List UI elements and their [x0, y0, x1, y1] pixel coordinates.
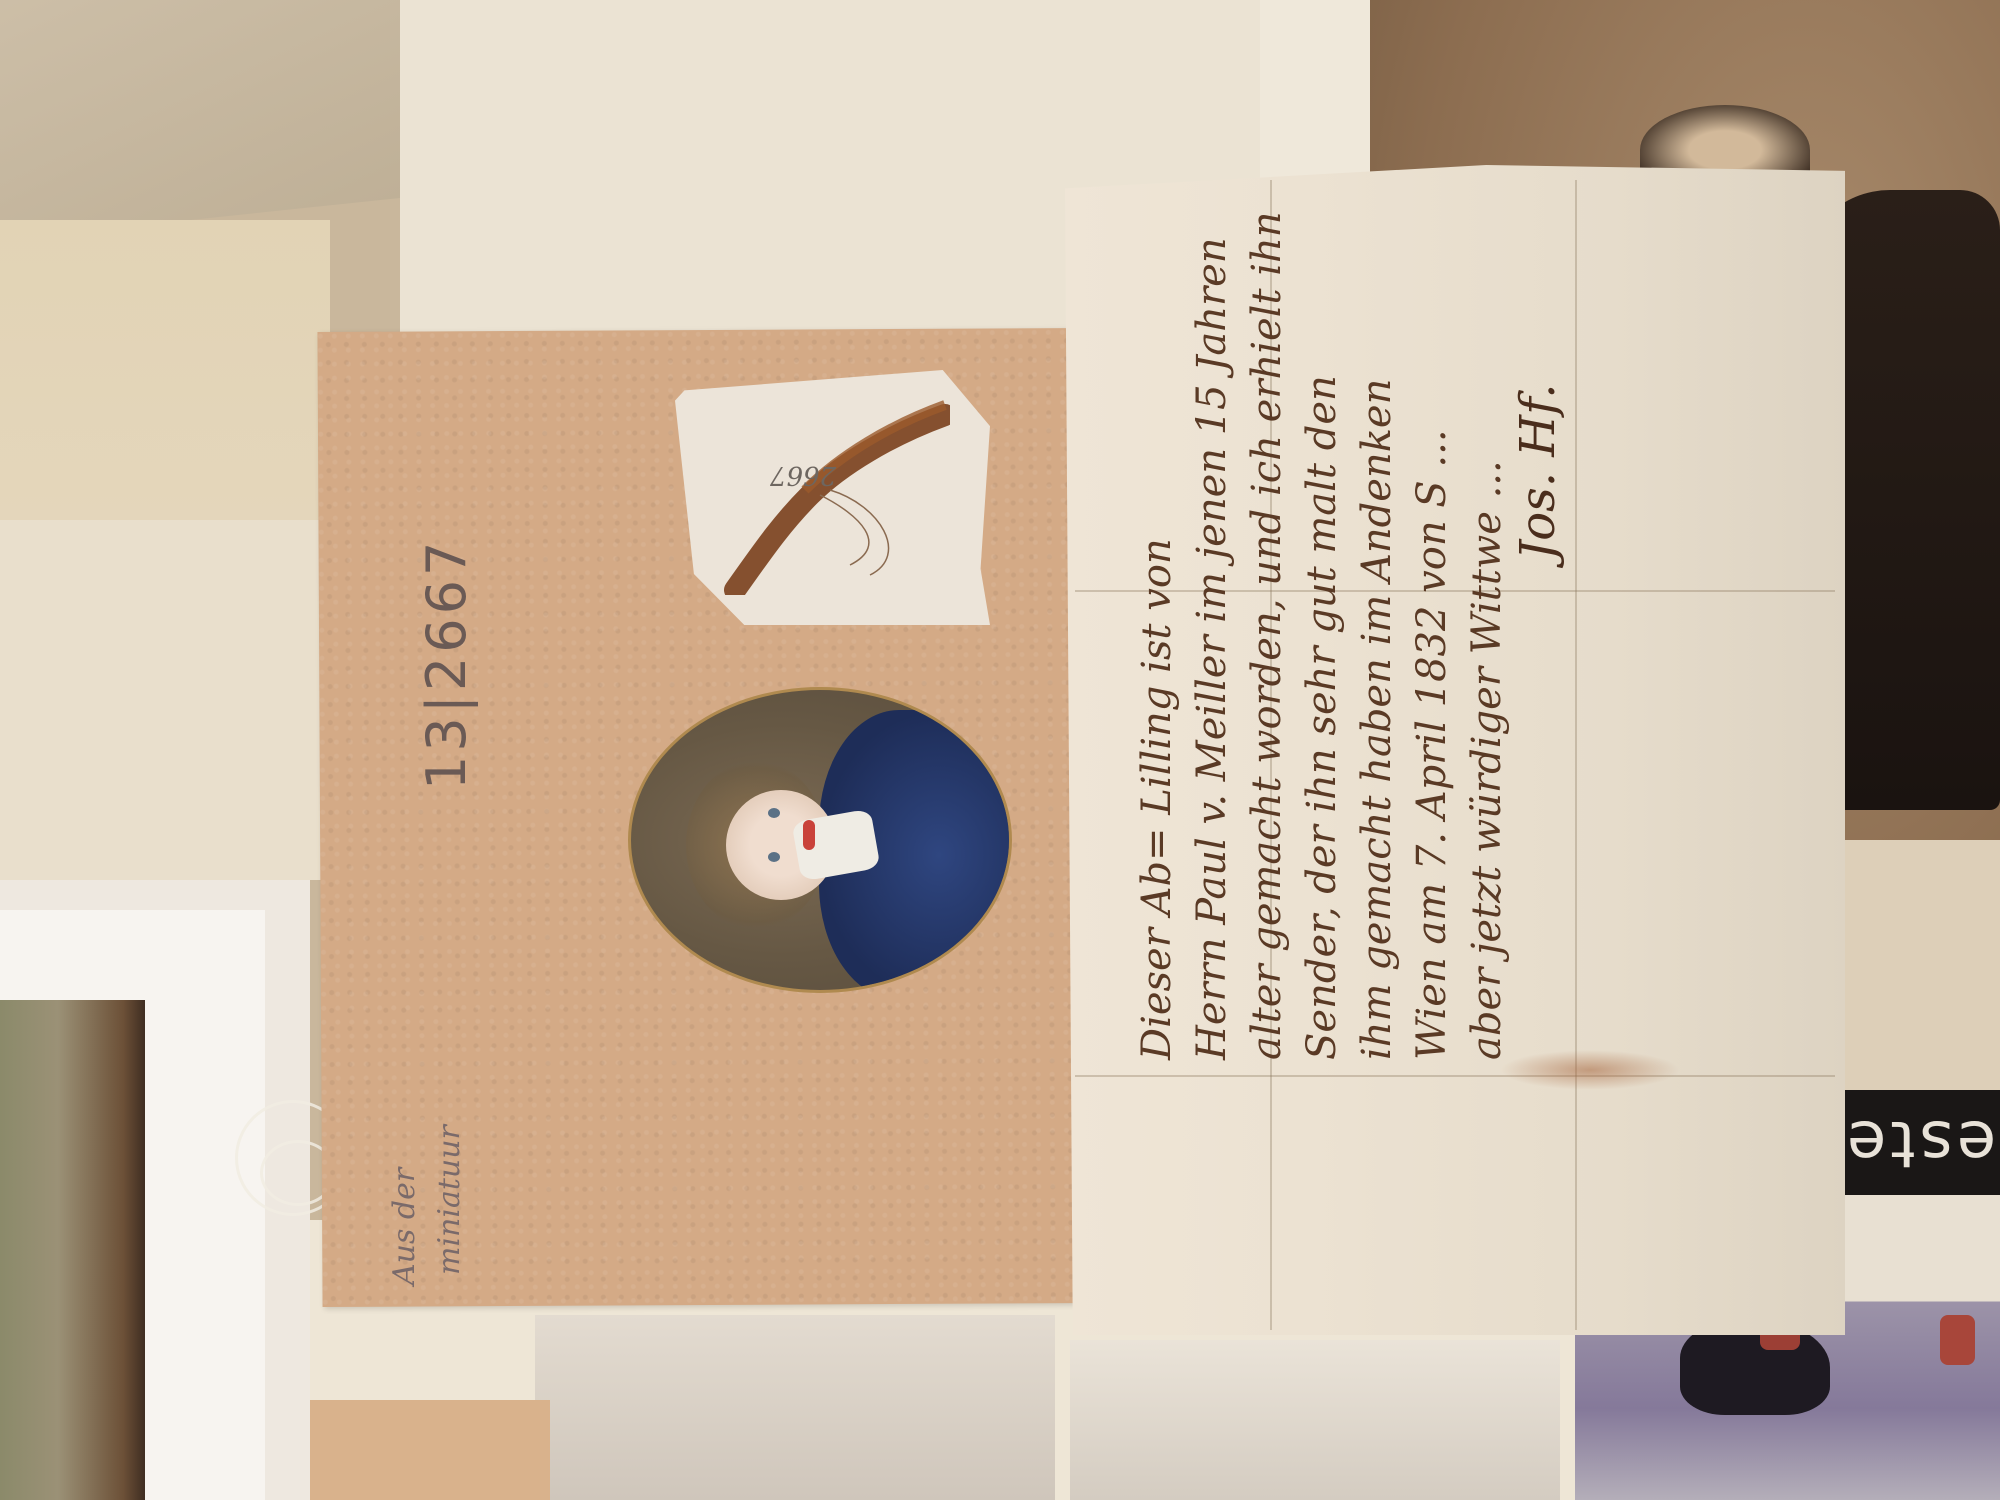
envelope-note-line-2: miniatuur — [430, 1125, 470, 1275]
exhibition-label-card: este — [1840, 1090, 2000, 1195]
glassine-sleeve-bottom-left — [535, 1315, 1055, 1500]
letter-line: aber jetzt würdiger Wittwe ... — [1460, 180, 1515, 1060]
miniature-eye-right — [768, 852, 780, 862]
miniature-eye-left — [768, 808, 780, 818]
hair-card-note: 2667 — [770, 460, 836, 490]
letter-stain — [1500, 1050, 1680, 1090]
tissue-paper-top-left — [0, 0, 400, 240]
hair-lock-icon — [720, 395, 950, 595]
framed-item-gilt-frame — [0, 1000, 145, 1500]
miniature-portrait — [628, 687, 1012, 993]
letter-fold-line — [1075, 1075, 1835, 1077]
letter-text-block: Dieser Ab= Lilling ist von Herrn Paul v.… — [1130, 180, 1515, 1060]
glassine-sleeve-bottom-right — [1070, 1340, 1560, 1500]
envelope-note-line-1: Aus der — [385, 1168, 425, 1285]
letter-line: Dieser Ab= Lilling ist von — [1130, 180, 1185, 1060]
letter-line: Wien am 7. April 1832 von S ... — [1405, 180, 1460, 1060]
inventory-number: 13|2667 — [415, 490, 478, 790]
label-card-text: este — [1843, 1106, 1996, 1180]
miniature-lips — [803, 820, 815, 850]
letter-line: ihm gemacht haben im Andenken — [1350, 180, 1405, 1060]
letter-fold-line — [1575, 180, 1577, 1330]
letter-line: alter gemacht worden, und ich erhielt ih… — [1240, 180, 1295, 1060]
letter-signature: Jos. Hf. — [1510, 384, 1566, 560]
background-paper-left-lower — [0, 520, 330, 880]
letter-line: Herrn Paul v. Meiller im jenen 15 Jahren — [1185, 180, 1240, 1060]
rider-red-coat-second — [1940, 1315, 1975, 1365]
letter-line: Sender, der ihn sehr gut malt den — [1295, 180, 1350, 1060]
